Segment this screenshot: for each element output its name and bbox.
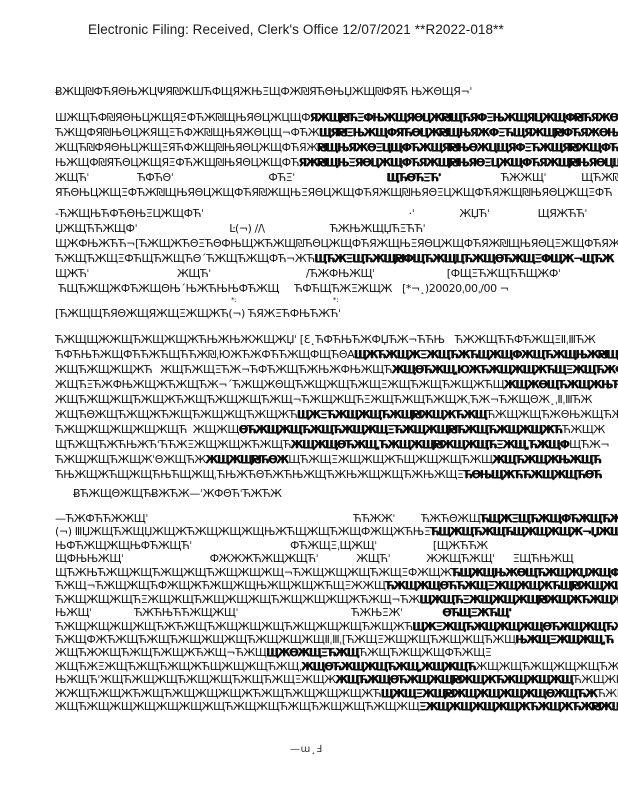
garbled-text-segment: ЖЩЋЖЩΞЋЖ¬ЋФЋЖЩЋЖЊЖФЊЖЩЋ bbox=[160, 363, 392, 376]
gap bbox=[148, 521, 353, 522]
garbled-text-segment: ЋЩЖЩЋЖЩЋЩЖЩЖЩЖ¬ЏЖЩ bbox=[430, 525, 618, 538]
garbled-text-segment: ЩЋЖЩΞЖЩЖЩЖЋЩЖЩЖЩЋЖЩ bbox=[288, 453, 492, 466]
garbled-text-segment: ЩЋΘЋΞЋˈ bbox=[387, 171, 441, 184]
text-line: ЋЊЖЩЖЋЩЖЩЋЊЋЩЖЩˌЋЊЖЋΘЋЖЋЊЖЩЋЖЊЖЩЖЩЋЖЊЖЩΞ… bbox=[55, 467, 618, 482]
gap bbox=[377, 548, 433, 549]
garbled-text-segment: ЖЩΘЋЖЩˌЮЖЋЖЩЖЩЖЋЩΞЖЩЋЖФЩЖ bbox=[392, 363, 618, 376]
garbled-text-segment: ЊЖЩΞЖЩЖЩˌЋ bbox=[516, 633, 614, 646]
garbled-text-segment: ЖЩЖЩ₪ЋΘЖ bbox=[206, 453, 288, 466]
text-line: ЋЖЩФЯ₪ЊΘЦЖЯЩΞЋФЖ₪ЩЊЯЖΘЦЩ¬ФЋЖЩЯ₪ΞЊЖЩФЯЋΘЦ… bbox=[55, 125, 618, 140]
garbled-text-segment: ЩЯЖЋЋˈ bbox=[538, 207, 587, 220]
text-line: ЋЖЩЖЩЖЩЖЩЋЖЋЖЩЋЖЩЖЩЖЩЋЖЩЖЩЖЩЋЖЩЖЋЩЖΞЖЩЋЖ… bbox=[55, 620, 618, 633]
garbled-text-segment: ЋΘЊЩЖЋЋЖЩЖЩЋΘЋ bbox=[464, 468, 602, 481]
garbled-text-segment: ЩЯ₪ΞЊЖЩФЯЋΘЦЖ₪ЩЊЯЖФΞЋЩЯЖЩ₪ФЋЯЖΘЊЩЦЖЩ bbox=[319, 126, 618, 139]
gap bbox=[490, 216, 538, 217]
gap bbox=[414, 216, 459, 217]
garbled-text-segment: ЋЖЊЖЩЏЋΞЋЋˈ bbox=[330, 222, 426, 235]
garbled-text-segment: ЖЩЖЩ bbox=[193, 423, 239, 436]
garbled-text-segment: ΞЩЋЊЖЩ bbox=[513, 552, 574, 565]
garbled-text-segment: ЋЖЩЖЩЖЩЖЩЋЖЋЖЩЋЖЩЖЩЖЩЋЖЩЖЩЖЩЋЖЩЖЋ bbox=[55, 620, 413, 633]
address-date-block: -ЋЖЩЊЋФЋΘЊΞЦЖЩФЋˈ·ˈЖЏЋˈЩЯЖЋЋˈЏЖЩЋЋЖЩФˈĿ(… bbox=[55, 206, 618, 296]
garbled-text-segment: ЋЖЩФЖЋЖЩЋЖЩЋЖЩЖЩЖЩЋЖЩЖЩЖЩⅡˌⅢˌ[ЋЖЩΞЖЩЖЩЋЖ… bbox=[55, 633, 516, 646]
garbled-text-segment: ЖЩЋˈ bbox=[356, 552, 390, 565]
garbled-text-segment: ЋЊЖЩЖЋЩЖЩЋЊЋЩЖЩˌЋЊЖЋΘЋЖЋЊЖЩЋЖЊЖЩЖЩЋЖЊЖЩΞ bbox=[55, 468, 464, 481]
garbled-text-segment: ЋЖЩЖЩЋЖΘЊЖЩЋЖ bbox=[487, 408, 618, 421]
garbled-text-segment: ЯЖ₪ЩЊΞЯΘЦЖЩФЋЯЖЩ₪ЊЯΘΞЦЖЩФЋЯЖЩ₪ЊЯΘЦЩФЋ bbox=[299, 156, 618, 169]
text-line: (¬) ⅢЏЖЩЋЖЩЏЖЩЖЋЖЩЖЩЖЩЊЖЋЩЖЩЋЖЩФЖЩЖЋЊΞЋЩ… bbox=[55, 525, 618, 538]
heading-underlined-text: ɃЋЖЩΘЖЩЋɃЖЋЖ bbox=[73, 487, 189, 501]
gap bbox=[495, 561, 513, 562]
garbled-text-segment: Ŀ(¬) //\ bbox=[229, 222, 264, 235]
garbled-text-segment: ЋФЋΘˈ bbox=[137, 171, 173, 184]
garbled-text-segment: /ЋЖФЊЖЩˈ bbox=[306, 267, 375, 280]
paragraph-a: ШЖЩЋФ₪ЯΘЊЦЖЩЯΞФЋЖ₪ЩЊЯΘЦЖЦЩФЯЖЩ₪ЋΞФЊЖЩЯΘЦ… bbox=[55, 110, 618, 200]
garbled-text-segment: ФЋΞˈ bbox=[268, 171, 295, 184]
text-line: ЩЋЖЩЋЖЋЊЖЋˈЋЋЖΞЖЩЖЩЖЋЖЩЋЖЩЖЩΘЋЖЩˌЋЖЩЖЩ₪Ж… bbox=[55, 437, 618, 452]
text-line: ЖЖЩЋЖЩЖЋЖЩЋЖЩЖЩЖЩЖЋЖЩЋЖЩЖЩЖЩЖЋЩЖЩΞЖЩ₪ЖЩЖ… bbox=[55, 687, 618, 700]
garbled-text-segment: ЖЏЋˈ bbox=[459, 207, 489, 220]
text-line: ЋФЋЊЋЖЩФЋЋЖЋЩЋЋЖ₪ˌЮЖЋЖФЋЋЖЩФЩЋΘАЩЖЋЖЩЖΞЖ… bbox=[55, 347, 618, 362]
garbled-text-segment: [ФЩΞЋЖЩЋЋЩЖФˈ bbox=[447, 267, 561, 280]
text-line: ЋЖЩФЖЋЖЩЋЖЩЋЖЩЖЩЖЩЋЖЩЖЩЖЩⅡˌⅢˌ[ЋЖЩΞЖЩЖЩЋЖ… bbox=[55, 633, 618, 646]
text-line: -ЋЖЩЊЋФЋΘЊΞЦЖЩФЋˈ·ˈЖЏЋˈЩЯЖЋЋˈ bbox=[55, 206, 618, 221]
garbled-text-segment: ЖЩΘЋЖЩЖЩЋЖЩˌЖЩЖЩЋ bbox=[302, 660, 476, 673]
garbled-text-segment: -ЋЖЩЊЋФЋΘЊΞЦЖЩФЋˈ bbox=[55, 207, 204, 220]
paragraph-d: —ЋЖФЋЋЖЖЩˈЋЋЖЖˈЋЖЋΘЖЩЋЩЖΞЩЋЖЩФЋЖЩЋЖЩ(¬) … bbox=[55, 512, 618, 714]
gap bbox=[295, 180, 387, 181]
garbled-text-segment: ЩЋЖ₪ЊЩЋФ bbox=[581, 171, 618, 184]
text-line: ЖЩЋЖЩЖЩЖЩЖЩЖЩЖЩЋЖЩЖЩЋЖЩЋЖЩЖЩЋЖЩЖЩΞЖЩЖЩЖЩ… bbox=[55, 700, 618, 713]
garbled-text-segment: ЊЖЩЋˈЖЩЋЖЩЖЩЋЖЩЖЩЋЖЩЋЖЩΞЖЩЖ bbox=[55, 673, 336, 686]
document-page: Electronic Filing: Received, Clerk's Off… bbox=[0, 0, 618, 800]
garbled-text-segment: ЩЖЋЖЩЖΞЖЩЋЖЋЩЖЩФЖЩЋЖЩЊЖ₪ЩΘЖЩ bbox=[354, 348, 618, 361]
garbled-text-segment: ФЖЖЖЋЖЩЖЩЋˈ bbox=[210, 552, 319, 565]
garbled-text-segment: ЋЖЩЖ bbox=[562, 423, 605, 436]
section-heading-3: ɃЋЖЩΘЖЩЋɃЖЋЖ—ˈЖФΘЋˈЋЖЋЖ bbox=[73, 486, 618, 501]
text-line: ЊЖЩЋˈЖЩЋЖЩЖЩЋЖЩЖЩЋЖЩЋЖЩΞЖЩЖЖЩЋЖЩΘЋЖЩЖЩ₪Ж… bbox=[55, 673, 618, 686]
garbled-text-segment: ЋЩЖЩЊЖΘЩЋЖЩЖЏЖЩФ bbox=[452, 566, 618, 579]
garbled-text-segment: ΘЋЩΞЖЋЩˈ bbox=[443, 606, 512, 619]
gap bbox=[375, 276, 447, 277]
gap bbox=[89, 180, 137, 181]
text-line: ШЖЩЋФ₪ЯΘЊЦЖЩЯΞФЋЖ₪ЩЊЯΘЦЖЦЩФЯЖЩ₪ЋΞФЊЖЩЯΘЦ… bbox=[55, 110, 618, 125]
garbled-text-segment: [*¬˛)20020ˌ00ˌ/00 ¬ bbox=[402, 282, 509, 295]
text-line: —ЋЖФЋЋЖЖЩˈЋЋЖЖˈЋЖЋΘЖЩЋЩЖΞЩЋЖЩФЋЖЩЋЖЩ bbox=[55, 512, 618, 525]
garbled-text-segment: ЩФЊЊЖЩˈ bbox=[55, 552, 124, 565]
garbled-text-segment: ЯЖЩ₪ЋΞФЊЖЩЯΘЦЖ₪ЩЋЯФΞЊЖЩЯЦЖЩФ₪ЋЯЖΘЊЩЦЖ bbox=[310, 111, 618, 124]
garbled-text-segment: ЋФЋЊЋЖЩФЋЋЖЋЩЋЋЖ₪ˌЮЖЋЖФЋЋЖЩФЩЋΘА bbox=[55, 348, 354, 361]
garbled-text-segment: ЖЩЋЖЩЖЩЖЋ bbox=[55, 363, 152, 376]
garbled-text-segment: —ЋЖФЋЋЖЖЩˈ bbox=[55, 512, 148, 525]
garbled-text-segment: ЋЖЖЩˈ bbox=[501, 171, 546, 184]
text-line: ЋЖЩЖЩЖЩЖЩЖЩЋЖЩЖЩΘЋЖЩЖЩЋЖЩЋЖЩЖЩΞЋЖЩЖЩ₪ЋЖЩ… bbox=[55, 422, 618, 437]
heading-line: [ЋЖЩЩЋЯΘЖЩЯЖЩΞЖЩЖЋ(¬) ЋЯЖΞЋФЊЋЖЋˈ bbox=[55, 306, 618, 321]
garbled-text-segment: ЋЩЖΞЩЋЖЩФЋЖЩЋЖЩ bbox=[480, 512, 618, 525]
garbled-text-segment: ЩЋЖЩЋЖЋЊЖЋˈЋЋЖΞЖЩЖЩЖЋЖЩЋ bbox=[55, 438, 291, 451]
text-line: ЖЩЋΘЖЩЋЖЩЖЋЖЩЋЖЩЖЩЋЖЩЖЋЩЖΞЋЖЩЖЩЋЖЩ₪ЖЩЖЋЖ… bbox=[55, 407, 618, 422]
garbled-text-segment: ЋЖЩЖЩΘЋЋЖЩΞЖЩЖЩЖЋЩ₪ЖЩЖЩЋ bbox=[385, 579, 618, 592]
garbled-text-segment: ЖЩЋΞЋЖФЊЖЩЖЋЖЩЋЖ¬΄ЋЖЩЖΘЩЋЖЩЖЩЋЖЩΞЖЩЋЖЩЋЖ… bbox=[55, 378, 504, 391]
footer-page-number: —ɯ¸Ⅎ bbox=[290, 744, 323, 755]
gap bbox=[55, 301, 231, 302]
section-heading-1: ɃЖЩ₪ФЋЯΘЊЖЦΨЯ₪ЖШЋФЩЯЖЊΞЩФЖ₪ЯЋΘЊЏЖЩ₪ФЯЋ Њ… bbox=[55, 84, 618, 99]
text-line: ЖЩЋˈЋФЋΘˈФЋΞˈЩЋΘЋΞЋˈЋЖЖЩˈЩЋЖ₪ЊЩЋФ bbox=[55, 170, 618, 185]
heading-tail-text: ЋЯЖΞЋФЊЋЖЋˈ bbox=[245, 307, 341, 320]
section-heading-2: [ЋЖЩЩЋЯΘЖЩЯЖЩΞЖЩЖЋ(¬) ЋЯЖΞЋФЊЋЖЋˈ bbox=[55, 306, 618, 321]
garbled-text-segment: [ЩЖЋЋЖ bbox=[433, 539, 488, 552]
garbled-text-segment: ЩЖΞЋЖЩЖЩЋЖЩ₪ЖЩЖЋЖЩ bbox=[297, 408, 486, 421]
garbled-text-segment: ЋЖЋΘЖЩ bbox=[421, 512, 480, 525]
garbled-text-segment: ЋЖЋЊЋЋЖЩЖЩˈ bbox=[134, 606, 238, 619]
gap bbox=[265, 231, 330, 232]
gap bbox=[546, 180, 581, 181]
gap bbox=[395, 521, 421, 522]
gap bbox=[89, 276, 177, 277]
heading-tail-text: ЊЖΘЩЯ¬ˈ bbox=[408, 85, 472, 98]
garbled-text-segment: ЖЖЩЋЖЩˈ bbox=[426, 552, 494, 565]
garbled-text-segment: ЊЖЩФ₪ЯЋΘЦЖЩЯΞФЋЖЩ₪ЊЯΘЦЖЩФЋ bbox=[55, 156, 299, 169]
garbled-text-segment: ЖЩЋЖЩЖЩЖЩЖЩЖЩЖЩЋЖЩЖЩЋЖЩЋЖЩЖЩЋЖЩЖЩ bbox=[55, 700, 419, 713]
garbled-text-segment: ШЖЩЋФ₪ЯΘЊЦЖЩЯΞФЋЖ₪ЩЊЯΘЦЖЦЩФ bbox=[55, 111, 310, 124]
garbled-text-segment: *: bbox=[333, 296, 339, 304]
text-line: ЖЩЋ₪ФЯΘЊЦЖЩΞЯЋФЖЩ₪ЊЯΘЦЖЩФЋЯЖ₪ЩЊЯЖΘΞЦЩФЋЖ… bbox=[55, 140, 618, 155]
text-line: ЖЩЋЖΞЖЩЋЖЩЋЖЩЖЋЩЖЩЖЩЋЖЩˌЖЩΘЋЖЩЖЩЋЖЩˌЖЩЖЩ… bbox=[55, 660, 618, 673]
text-line: ЋЖЩЖЩЖЩЋΞЖЩЖЩЋЖЩЖЩЖЩЋЖЩЖЩЖЩЖЋЖЩ¬ЋЖЩЖЩЋΞЖ… bbox=[55, 593, 618, 606]
garbled-text-segment: ЊЖЩˈ bbox=[55, 606, 92, 619]
garbled-text-segment: ЋЖЩЖЩЋЖЩЖˈΘЖЩЋЖ bbox=[55, 453, 206, 466]
garbled-text-segment: ·ˈ bbox=[409, 207, 415, 220]
garbled-text-segment: ₪ЩЊЯЖΘΞЦЩФЋЖЩЯ₪ЊΘЖЦЩЯФΞЋЖЩЯ₪ЖЩФЋЯΘЦЖ bbox=[318, 141, 618, 154]
text-line: ЖЩЋЖЩЖЩЖЋЖЩЋЖЩΞЋЖ¬ЋФЋЖЩЋЖЊЖФЊЖЩЋЖЩΘЋЖЩˌЮ… bbox=[55, 362, 618, 377]
garbled-text-segment: ЩЖЩЋΞЖЩЖЩЖЩ₪ЖЩЖЋЖЩЖЩЖ bbox=[420, 593, 618, 606]
text-line: ЋЖЩ¬ЋЖЩЖЩЋФЖЩЖЋЖЩЖЩЊЖЩЖЩЖЋЩΞЖЖЩЋЖЩЖЩΘЋЋЖ… bbox=[55, 579, 618, 592]
garbled-text-segment: ΞЖЩЖЩЖЩЖЩЖЋЖЩЖЋЖ₪ЖЩΘЖ bbox=[419, 700, 618, 713]
garbled-text-segment: ЖЩЖЩΘЋЖЩˌЋЖЩЖЩ₪ЖЩЖЩЋΞЖЩˌЋЖЩФ bbox=[291, 438, 569, 451]
text-line: ЊЖЩФ₪ЯЋΘЦЖЩЯΞФЋЖЩ₪ЊЯΘЦЖЩФЋЯЖ₪ЩЊΞЯΘЦЖЩФЋЯ… bbox=[55, 155, 618, 170]
heading-line: ɃЖЩ₪ФЋЯΘЊЖЦΨЯ₪ЖШЋФЩЯЖЊΞЩФЖ₪ЯЋΘЊЏЖЩ₪ФЯЋ Њ… bbox=[55, 84, 618, 99]
heading-underlined-text: ɃЖЩ₪ФЋЯΘЊЖЦΨЯ₪ЖШЋФЩЯЖЊΞЩФЖ₪ЯЋΘЊЏЖЩ₪ФЯЋ bbox=[55, 85, 408, 99]
garbled-text-segment: ЯЋΘЊЦЖЩΞФЋЖ₪ЩЊЯΘЦЖЩФЋЯ₪ЖЩЊΞЯΘЦЖЩФЋЯЖЩ₪ЊЯ… bbox=[55, 186, 612, 199]
heading-line: ɃЋЖЩΘЖЩЋɃЖЋЖ—ˈЖФΘЋˈЋЖЋЖ bbox=[73, 486, 618, 501]
garbled-text-segment: (¬) ⅢЏЖЩЋЖЩЏЖЩЖЋЖЩЖЩЖЩЊЖЋЩЖЩЋЖЩФЖЩЖЋЊΞ bbox=[55, 525, 430, 538]
garbled-text-segment: ЖЩЋЖΞЖЩЋЖЩЋЖЩЖЋЩЖЩЖЩЋЖЩˌ bbox=[55, 660, 302, 673]
garbled-text-segment: *: bbox=[231, 296, 237, 304]
gap bbox=[192, 548, 290, 549]
filing-header: Electronic Filing: Received, Clerk's Off… bbox=[88, 22, 504, 37]
garbled-text-segment: ЊФЋЖЩЖЩЊФЋЖЩЋˈ bbox=[55, 539, 192, 552]
garbled-text-segment: ЖЩЋΘЖЩЋЖЩЖЋЖЩЋЖЩЖЩЋЖЩЖЋ bbox=[55, 408, 297, 421]
gap bbox=[92, 615, 134, 616]
gap bbox=[238, 615, 351, 616]
garbled-text-segment: ЏЖЩЋЋЖЩФˈ bbox=[55, 222, 137, 235]
garbled-text-segment: ЖЩЋЖЖЩЋЖЩЋЖЩЖЋЖЩ¬ЋЖЩ bbox=[55, 646, 266, 659]
text-line: ЏЖЩЋЋЖЩФˈĿ(¬) //\ЋЖЊЖЩЏЋΞЋЋˈ bbox=[55, 221, 618, 236]
paragraph-c: ЋЖЩЩЖЖЩЋЖЩЖЩЖЋЊЖЊЖЖЩЖЏˈ [Ɛ˛ЋФЋЊЋЖФЏЋЖ¬ЋЋ… bbox=[55, 332, 618, 482]
text-line: ЋЖЩЖЩЋЖЩЖˈΘЖЩЋЖЖЩЖЩ₪ЋΘЖЩЋЖЩΞЖЩЖЩЖЋЩЖЩЖЩЋ… bbox=[55, 452, 618, 467]
garbled-text-segment: ФЋЖЩΞˌЩЖЩˈ bbox=[290, 539, 377, 552]
gap bbox=[237, 301, 333, 302]
text-line: ЖЩЋЖЩЖЩЋЖЩЖЋЖЩЋЖЩЖЩЋЖЩ¬ЋЖЩЖЩЋΞЖЩЋЖЩЋЖЩЖˌ… bbox=[55, 392, 618, 407]
text-line: ЩЋЖЊЋЖЩЖЩЋЖЩЖЩЋЖЩЖЩЖЩ¬ЋЖЩЖЩЖЩЋЖЩΞФЖЩЖЋЩЖ… bbox=[55, 566, 618, 579]
garbled-text-segment: ЋЖЩЖЩ bbox=[573, 673, 618, 686]
gap bbox=[445, 342, 455, 343]
gap bbox=[279, 291, 294, 292]
garbled-text-segment: ЋЖЩЋЖЩЖЩФЋЖЩΞ bbox=[359, 646, 492, 659]
gap bbox=[124, 561, 210, 562]
garbled-text-segment: ЖЖЩЋЖЩЖЋЖЩЋЖЩЖЩЖЩЖЋЖЩЋЖЩЖЩЖЩЖЋ bbox=[55, 687, 381, 700]
gap bbox=[211, 276, 306, 277]
heading-underlined-text: [ЋЖЩЩЋЯΘЖЩЯЖЩΞЖЩЖЋ(¬) bbox=[55, 307, 245, 321]
text-line: ЋЖЩЋЖЩΞФЋЩЋЖЩЋΘ΄ЋЖЩЋЖЩФЋ¬ЖЋЩЋЖΞЩЋЖЩ₪ФЩЋЖ… bbox=[55, 251, 618, 266]
garbled-text-segment: ЋЖЩЖЩЖЩЖЩЖЩЋ bbox=[55, 423, 187, 436]
text-line: ЊФЋЖЩЖЩЊФЋЖЩЋˈФЋЖЩΞˌЩЖЩˈ[ЩЖЋЋЖ bbox=[55, 539, 618, 552]
garbled-text-segment: ЖЩЋˈ bbox=[55, 171, 89, 184]
gap bbox=[403, 615, 443, 616]
text-line: ЊЖЩˈЋЖЋЊЋЋЖЩЖЩˈЋЖЊΞЖˈΘЋЩΞЖЋЩˈ bbox=[55, 606, 618, 619]
garbled-text-segment: ЩЖФЊЖЋЋ¬[ЋЖЩЖЋΘΞЋΘФЊЩЖЋЖЩ₪ЋΘЦЖЩФЋЯЖЩЊΞЯΘ… bbox=[55, 237, 618, 250]
garbled-text-segment: ЖЩЋЖЩЖЊЖЩЋ bbox=[493, 453, 601, 466]
garbled-text-segment: ЖЩЋЖЩЖЩЋЖЩЖЋЖЩЋЖЩЖЩЋЖЩ¬ЋЖЩЖЩЋΞЖЩЋЖЩЋЖЩЖˌ… bbox=[55, 393, 592, 406]
garbled-text-segment: ЋЖЩФЯ₪ЊΘЦЖЯЩΞЋФЖ₪ЩЊЯЖΘЦЩ¬ФЋЖ bbox=[55, 126, 319, 139]
garbled-text-segment: ЋЋЖЖˈ bbox=[353, 512, 395, 525]
garbled-text-segment: ЋЖЩЋЖЩΞФЋЩЋЖЩЋΘ΄ЋЖЩЋЖЩФЋ¬ЖЋ bbox=[55, 252, 315, 265]
gap bbox=[318, 561, 356, 562]
garbled-text-segment: ΘЋЖЩЖЩЋЖЩЋЖЩЖЩΞЋЖЩЖЩ₪ЋЖЩЋЖЩЖЩЖЋ bbox=[239, 423, 562, 436]
garbled-text-segment: ЩЖЩΞЖЩ₪ЖЩЖЩЖЩЖЩΘЖЩЋЖ bbox=[381, 687, 597, 700]
garbled-text-segment: ЩЖΘЖЩΞЋЖЩ bbox=[266, 646, 358, 659]
gap bbox=[173, 180, 268, 181]
text-line: ЩФЊЊЖЩˈФЖЖЖЋЖЩЖЩЋˈЖЩЋˈЖЖЩЋЖЩˈΞЩЋЊЖЩ bbox=[55, 552, 618, 565]
heading-tail-text: —ˈЖФΘЋˈЋЖЋЖ bbox=[189, 487, 281, 500]
garbled-text-segment: ЩЋЖΞЩЋЖЩ₪ФЩЋЖЩЦЋЖЩΘЋЖЩΞФЩЖ¬ЩЋЖ bbox=[315, 252, 614, 265]
text-line: ЯЋΘЊЦЖЩΞФЋЖ₪ЩЊЯΘЦЖЩФЋЯ₪ЖЩЊΞЯΘЦЖЩФЋЯЖЩ₪ЊЯ… bbox=[55, 185, 618, 200]
garbled-text-segment: ЩЖΞЖЩЋЖЩЖЩЖЩΘЋЖЩЖЩЋЖЩ bbox=[413, 620, 618, 633]
gap bbox=[390, 561, 426, 562]
garbled-text-segment: ЋЖЊΞЖˈ bbox=[351, 606, 402, 619]
garbled-text-segment: ЖЩЋЖЩΘЋЖЩЖЩ₪ЖЩЖЋЖЩЖЩЖЩ bbox=[336, 673, 573, 686]
garbled-text-segment: ЩЋЖ¬ bbox=[569, 438, 609, 451]
text-line: ЩЖФЊЖЋЋ¬[ЋЖЩЖЋΘΞЋΘФЊЩЖЋЖЩ₪ЋΘЦЖЩФЋЯЖЩЊΞЯΘ… bbox=[55, 236, 618, 251]
text-line: ЖЩЋΞЋЖФЊЖЩЖЋЖЩЋЖ¬΄ЋЖЩЖΘЩЋЖЩЖЩЋЖЩΞЖЩЋЖЩЋЖ… bbox=[55, 377, 618, 392]
garbled-text-segment: ЩЖЋˈ bbox=[55, 267, 89, 280]
text-line: ЋЖЩЩЖЖЩЋЖЩЖЩЖЋЊЖЊЖЖЩЖЏˈ [Ɛ˛ЋФЋЊЋЖФЏЋЖ¬ЋЋ… bbox=[55, 332, 618, 347]
garbled-text-segment: ЋЖЩЩЖЖЩЋЖЩЖЩЖЋЊЖЊЖЖЩЖЏˈ [Ɛ˛ЋФЋЊЋЖФЏЋЖ¬ЋЋ… bbox=[55, 333, 445, 346]
garbled-text-segment: ЋЖЩЖЩЖЩЋΞЖЩЖЩЋЖЩЖЩЖЩЋЖЩЖЩЖЩЖЋЖЩ¬ЋЖ bbox=[55, 593, 420, 606]
garbled-text-segment: ЋЖЩ¬ЋЖЩЖЩЋФЖЩЖЋЖЩЖЩЊЖЩЖЩЖЋЩΞЖЖЩ bbox=[55, 579, 385, 592]
gap bbox=[441, 180, 501, 181]
gap bbox=[392, 291, 402, 292]
garbled-text-segment: ЩЋЖЊЋЖЩЖЩЋЖЩЖЩЋЖЩЖЩЖЩ¬ЋЖЩЖЩЖЩЋЖЩΞФЖЩЖ bbox=[55, 566, 452, 579]
garbled-text-segment: ЋЖЖЩЋЋФЋЖЩΞⅡˌⅢЋЖ bbox=[455, 333, 596, 346]
garbled-text-segment: ЖЩЋ₪ФЯΘЊЦЖЩΞЯЋФЖЩ₪ЊЯΘЦЖЩФЋЯЖ bbox=[55, 141, 318, 154]
garbled-text-segment: ЖЩЖΘЩЋЖЩЖЊЋЖЩ bbox=[504, 378, 618, 391]
garbled-text-segment: ЖЩЖЩЋЖЩЖЩЖЩЋЖЩЖЩЖЩЋЖ bbox=[476, 660, 618, 673]
gap bbox=[204, 216, 409, 217]
garbled-text-segment: ЋЖЩЖЋ bbox=[597, 687, 618, 700]
garbled-text-segment: ЖЩЋˈ bbox=[177, 267, 211, 280]
text-line: ЩЖЋˈЖЩЋˈ/ЋЖФЊЖЩˈ[ФЩΞЋЖЩЋЋЩЖФˈ bbox=[55, 266, 618, 281]
text-line: ЖЩЋЖЖЩЋЖЩЋЖЩЖЋЖЩ¬ЋЖЩЩЖΘЖЩΞЋЖЩЋЖЩЋЖЩЖЩФЋЖ… bbox=[55, 646, 618, 659]
gap bbox=[152, 372, 160, 373]
gap bbox=[137, 231, 229, 232]
